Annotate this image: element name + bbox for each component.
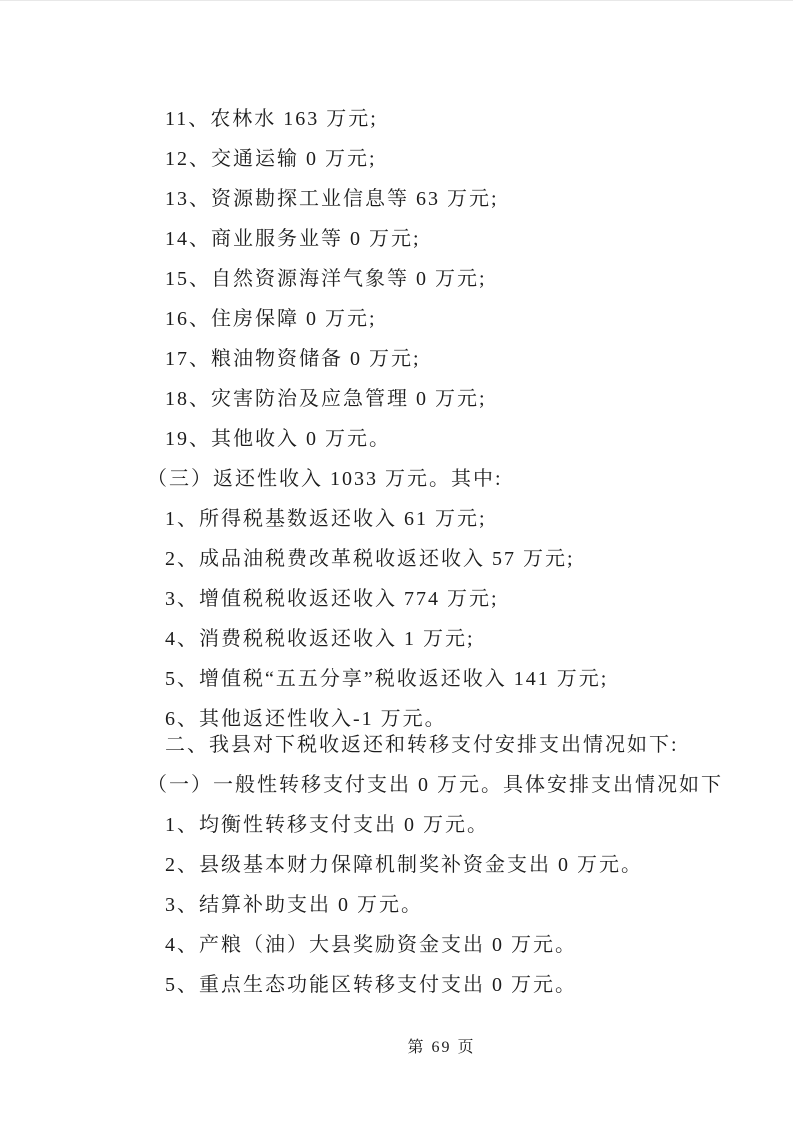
text-line: 11、农林水 163 万元;	[125, 107, 723, 131]
text-line-section-heading: 二、我县对下税收返还和转移支付安排支出情况如下:	[125, 733, 723, 757]
text-line: 4、消费税税收返还收入 1 万元;	[125, 627, 723, 651]
text-line-section-heading: （一）一般性转移支付支出 0 万元。具体安排支出情况如下	[125, 773, 723, 797]
text-line: 5、增值税“五五分享”税收返还收入 141 万元;	[125, 667, 723, 691]
text-line: 13、资源勘探工业信息等 63 万元;	[125, 187, 723, 211]
text-line: 1、所得税基数返还收入 61 万元;	[125, 507, 723, 531]
text-line: 2、成品油税费改革税收返还收入 57 万元;	[125, 547, 723, 571]
text-line: 14、商业服务业等 0 万元;	[125, 227, 723, 251]
text-line: 4、产粮（油）大县奖励资金支出 0 万元。	[125, 933, 723, 957]
text-line-section-heading: （三）返还性收入 1033 万元。其中:	[125, 467, 723, 491]
text-line: 5、重点生态功能区转移支付支出 0 万元。	[125, 973, 723, 997]
text-line: 15、自然资源海洋气象等 0 万元;	[125, 267, 723, 291]
text-line: 17、粮油物资储备 0 万元;	[125, 347, 723, 371]
page-number: 第 69 页	[407, 1039, 475, 1056]
document-page: 11、农林水 163 万元; 12、交通运输 0 万元; 13、资源勘探工业信息…	[0, 0, 793, 1122]
text-line: 3、结算补助支出 0 万元。	[125, 893, 723, 917]
page-footer: 第 69 页	[90, 1034, 793, 1057]
document-body: 11、农林水 163 万元; 12、交通运输 0 万元; 13、资源勘探工业信息…	[125, 107, 723, 1013]
text-line: 3、增值税税收返还收入 774 万元;	[125, 587, 723, 611]
text-line: 6、其他返还性收入-1 万元。	[125, 707, 723, 731]
text-line: 2、县级基本财力保障机制奖补资金支出 0 万元。	[125, 853, 723, 877]
text-line: 1、均衡性转移支付支出 0 万元。	[125, 813, 723, 837]
text-line: 16、住房保障 0 万元;	[125, 307, 723, 331]
text-line: 18、灾害防治及应急管理 0 万元;	[125, 387, 723, 411]
text-line: 19、其他收入 0 万元。	[125, 427, 723, 451]
text-line: 12、交通运输 0 万元;	[125, 147, 723, 171]
